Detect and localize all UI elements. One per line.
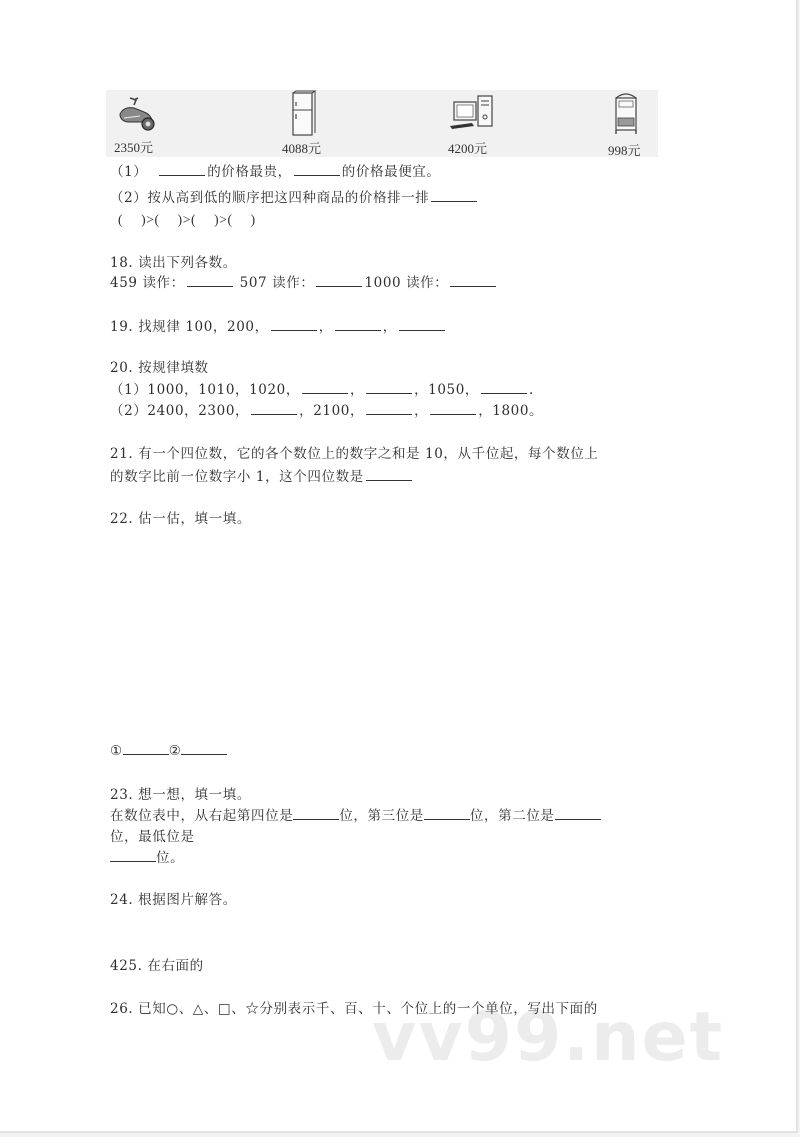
q20-row1-blank-2[interactable] <box>366 381 412 394</box>
q20-row1: （1）1000，1010，1020，，，1050，. <box>110 381 534 399</box>
q18-blank-1000[interactable] <box>450 274 496 287</box>
q22-blank-1[interactable] <box>123 742 169 755</box>
product-scooter: 2350元 <box>112 90 192 157</box>
q23-line3: 位。 <box>110 849 184 867</box>
q19-blank-3[interactable] <box>399 318 445 331</box>
q22-answer-2-label: ② <box>169 743 182 759</box>
q19-title: 19. 找规律 100，200， <box>110 319 269 335</box>
product-refrigerator: 4088元 <box>276 90 356 157</box>
q18-items: 459 读作： 507 读作：1000 读作： <box>110 274 498 292</box>
q17-order-line: ( )>( )>( )>( ) <box>118 211 256 229</box>
q21-line2: 的数字比前一位数字小 1，这个四位数是 <box>110 468 414 486</box>
price-bed: 998元 <box>608 140 641 159</box>
q20-row2: （2）2400，2300，，2100，，，1800。 <box>110 402 543 420</box>
product-image-strip: 2350元 4088元 <box>106 90 658 157</box>
q19-line: 19. 找规律 100，200，，， <box>110 318 447 336</box>
q20-row2-blank-3[interactable] <box>430 402 476 415</box>
q19-blank-2[interactable] <box>335 318 381 331</box>
q18-title: 18. 读出下列各数。 <box>110 254 237 272</box>
product-computer: 4200元 <box>436 90 526 157</box>
q21-line1: 21. 有一个四位数，它的各个数位上的数字之和是 10，从千位起，每个数位上 <box>110 445 599 463</box>
price-refrigerator: 4088元 <box>282 138 321 157</box>
q23-line1-c: 位，第二位是 <box>470 808 555 824</box>
q19-sep: ， <box>383 319 397 335</box>
q23-line1-b: 位，第三位是 <box>339 808 424 824</box>
q23-line1-a: 在数位表中，从右起第四位是 <box>110 808 293 824</box>
q22-title: 22. 估一估，填一填。 <box>110 510 251 528</box>
q23-blank-second[interactable] <box>555 807 601 820</box>
price-scooter: 2350元 <box>114 137 153 156</box>
q23-line1: 在数位表中，从右起第四位是位，第三位是位，第二位是 <box>110 807 601 825</box>
worksheet-page: vv99.net 2350元 4088元 <box>0 0 798 1133</box>
q23-title: 23. 想一想，填一填。 <box>110 786 251 804</box>
q22-answers: ①② <box>110 742 227 760</box>
q19-sep: ， <box>319 319 333 335</box>
q20-row1-blank-1[interactable] <box>302 381 348 394</box>
q20-row1-blank-3[interactable] <box>481 381 527 394</box>
q18-blank-507[interactable] <box>316 274 362 287</box>
q20-row2-a: （2）2400，2300， <box>110 403 249 419</box>
scooter-icon <box>116 94 160 134</box>
product-bed: 998元 <box>606 90 658 157</box>
q19-blank-1[interactable] <box>271 318 317 331</box>
q17-part1-mid: 的价格最贵， <box>207 164 292 180</box>
q20-title: 20. 按规律填数 <box>110 359 209 377</box>
q21-line2-text: 的数字比前一位数字小 1，这个四位数是 <box>110 469 364 485</box>
q20-row2-c: ， <box>414 403 428 419</box>
q18-item-507: 507 读作： <box>240 275 315 291</box>
q21-blank[interactable] <box>366 468 412 481</box>
q17-part1-label: （1） <box>110 164 147 180</box>
q22-blank-2[interactable] <box>181 742 227 755</box>
q23-blank-lowest[interactable] <box>110 849 156 862</box>
q20-row1-c: ，1050， <box>414 382 479 398</box>
q18-blank-459[interactable] <box>187 274 233 287</box>
refrigerator-icon <box>290 90 316 138</box>
q20-row2-blank-1[interactable] <box>251 402 297 415</box>
q23-blank-fourth[interactable] <box>293 807 339 820</box>
q20-row1-b: ， <box>350 382 364 398</box>
q18-item-1000: 1000 读作： <box>364 275 448 291</box>
q26-title: 26. 已知○、△、□、☆分别表示千、百、十、个位上的一个单位，写出下面的 <box>110 1000 598 1018</box>
q17-blank-most-expensive[interactable] <box>159 163 205 176</box>
q17-part2: （2）按从高到低的顺序把这四种商品的价格排一排 <box>110 189 479 207</box>
q22-answer-1-label: ① <box>110 743 123 759</box>
price-computer: 4200元 <box>448 138 487 157</box>
q20-row1-d: . <box>529 382 534 398</box>
q20-row2-b: ，2100， <box>299 403 364 419</box>
q18-item-459: 459 读作： <box>110 275 185 291</box>
q17-part1: （1） 的价格最贵，的价格最便宜。 <box>110 163 441 181</box>
q17-part1-suffix: 的价格最便宜。 <box>342 164 441 180</box>
q17-part2-text: （2）按从高到低的顺序把这四种商品的价格排一排 <box>110 190 429 206</box>
bed-icon <box>612 90 640 136</box>
q23-blank-third[interactable] <box>424 807 470 820</box>
q24-title: 24. 根据图片解答。 <box>110 891 237 909</box>
computer-icon <box>448 92 500 136</box>
q23-line3-text: 位。 <box>156 850 184 866</box>
q20-row2-blank-2[interactable] <box>366 402 412 415</box>
q25-title: 425. 在右面的 <box>110 957 204 975</box>
q20-row1-a: （1）1000，1010，1020， <box>110 382 300 398</box>
q17-blank-order[interactable] <box>431 189 477 202</box>
q20-row2-d: ，1800。 <box>478 403 543 419</box>
q23-line2: 位，最低位是 <box>110 828 195 846</box>
q17-blank-cheapest[interactable] <box>294 163 340 176</box>
